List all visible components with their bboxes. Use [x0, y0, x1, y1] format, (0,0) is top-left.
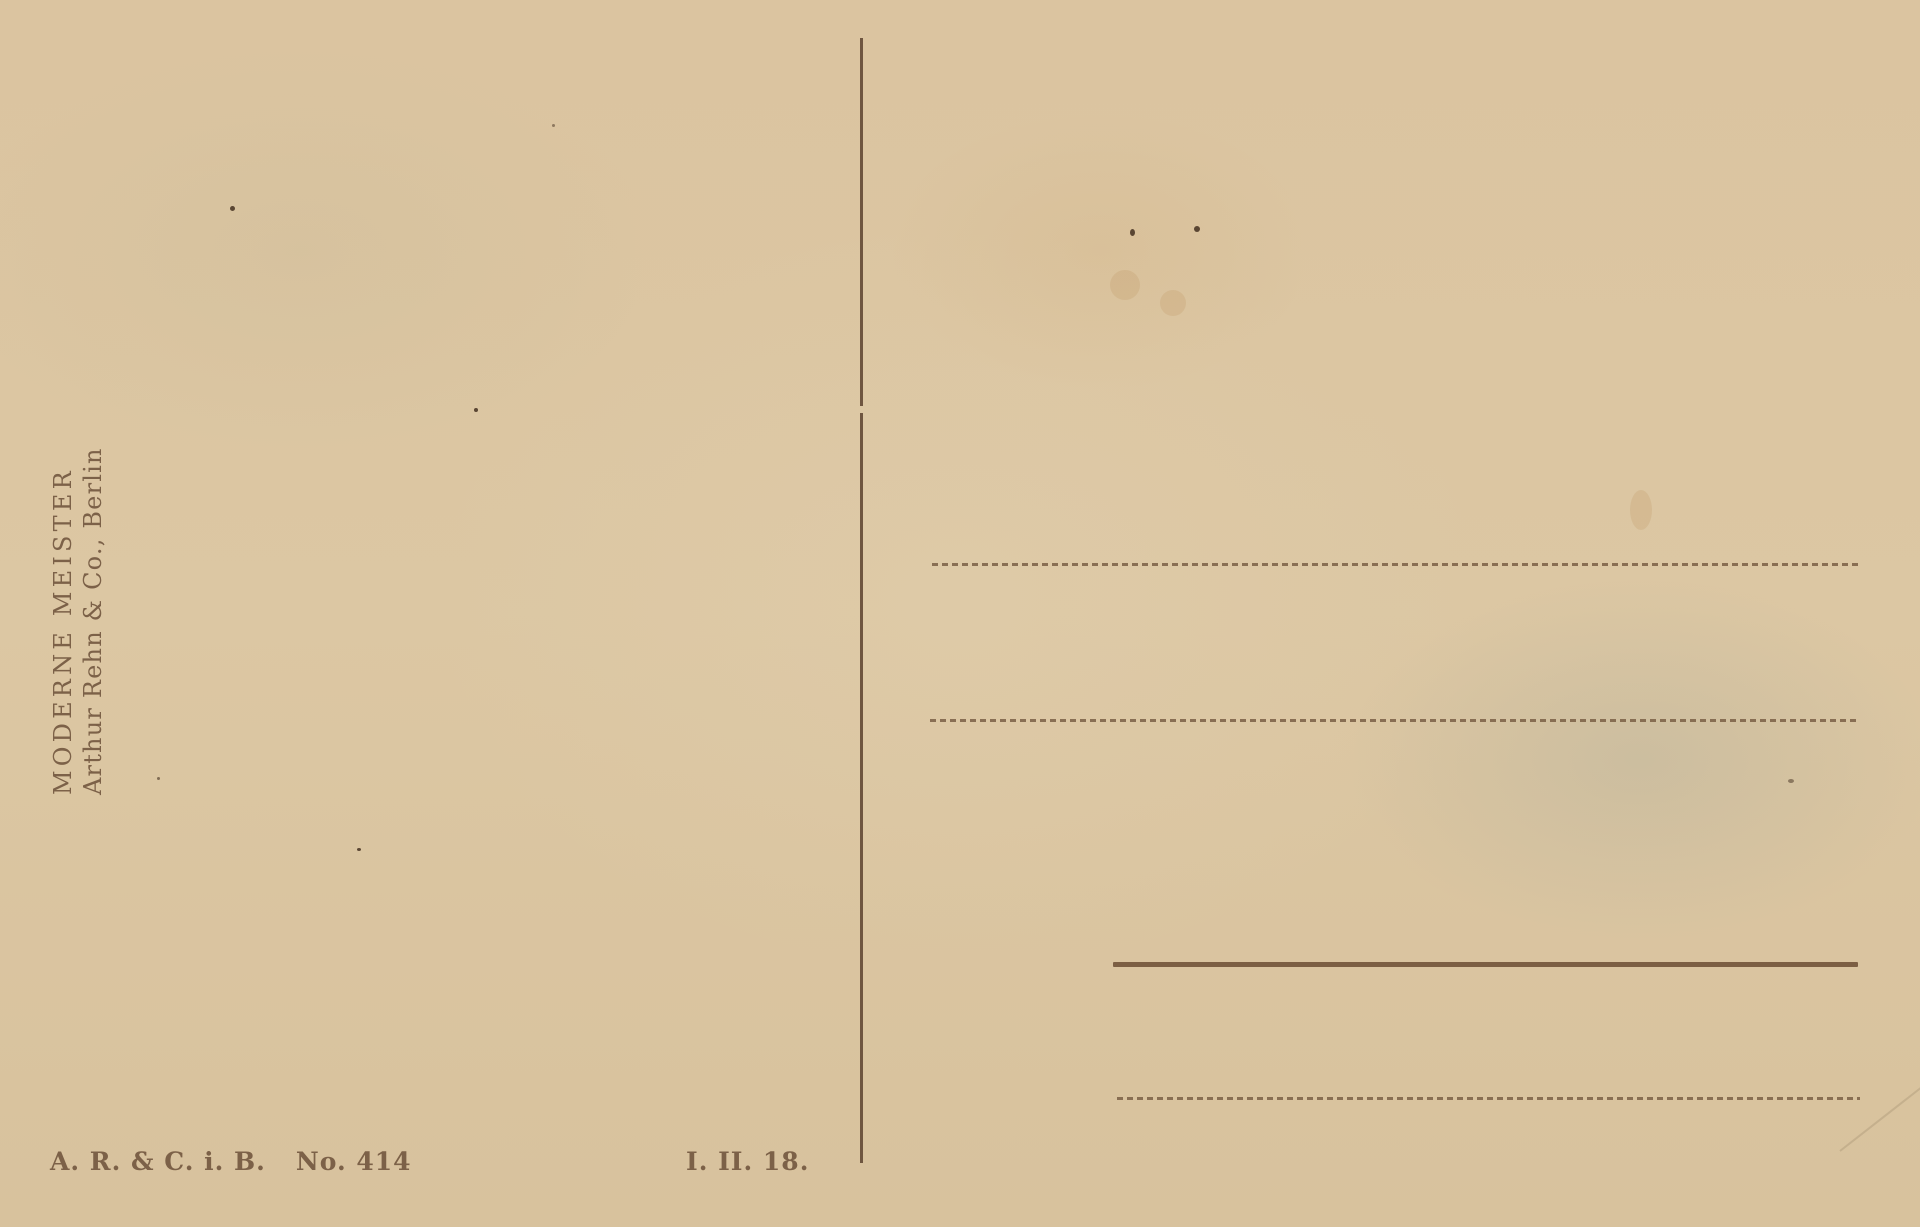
postcard-back: MODERNE MEISTER Arthur Rehn & Co., Berli…: [0, 0, 1920, 1227]
publisher-code: A. R. & C. i. B.: [50, 1147, 266, 1176]
paper-blemish: [1788, 779, 1794, 783]
date-code: I. II. 18.: [686, 1147, 809, 1176]
publisher-name: Arthur Rehn & Co., Berlin: [78, 447, 108, 795]
paper-stain: [1630, 490, 1652, 530]
address-line-3-solid: [1113, 962, 1858, 967]
paper-blemish: [230, 206, 235, 211]
paper-blemish: [552, 124, 555, 127]
address-line-1: [932, 563, 1858, 566]
center-divider-upper: [860, 38, 863, 406]
address-line-2: [930, 719, 1858, 722]
series-title: MODERNE MEISTER: [48, 447, 78, 795]
paper-stain: [1160, 290, 1186, 316]
paper-blemish: [157, 777, 160, 780]
paper-stain: [1110, 270, 1140, 300]
publisher-code-line: A. R. & C. i. B.No. 414: [50, 1147, 412, 1176]
paper-crease: [1839, 1064, 1920, 1152]
paper-blemish: [474, 408, 478, 412]
center-divider-lower: [860, 413, 863, 1163]
publisher-imprint-vertical: MODERNE MEISTER Arthur Rehn & Co., Berli…: [48, 447, 108, 795]
paper-blemish: [1130, 229, 1135, 236]
paper-blemish: [1194, 226, 1200, 232]
address-line-4: [1117, 1097, 1860, 1100]
paper-blemish: [357, 848, 361, 851]
card-number: No. 414: [296, 1147, 412, 1176]
